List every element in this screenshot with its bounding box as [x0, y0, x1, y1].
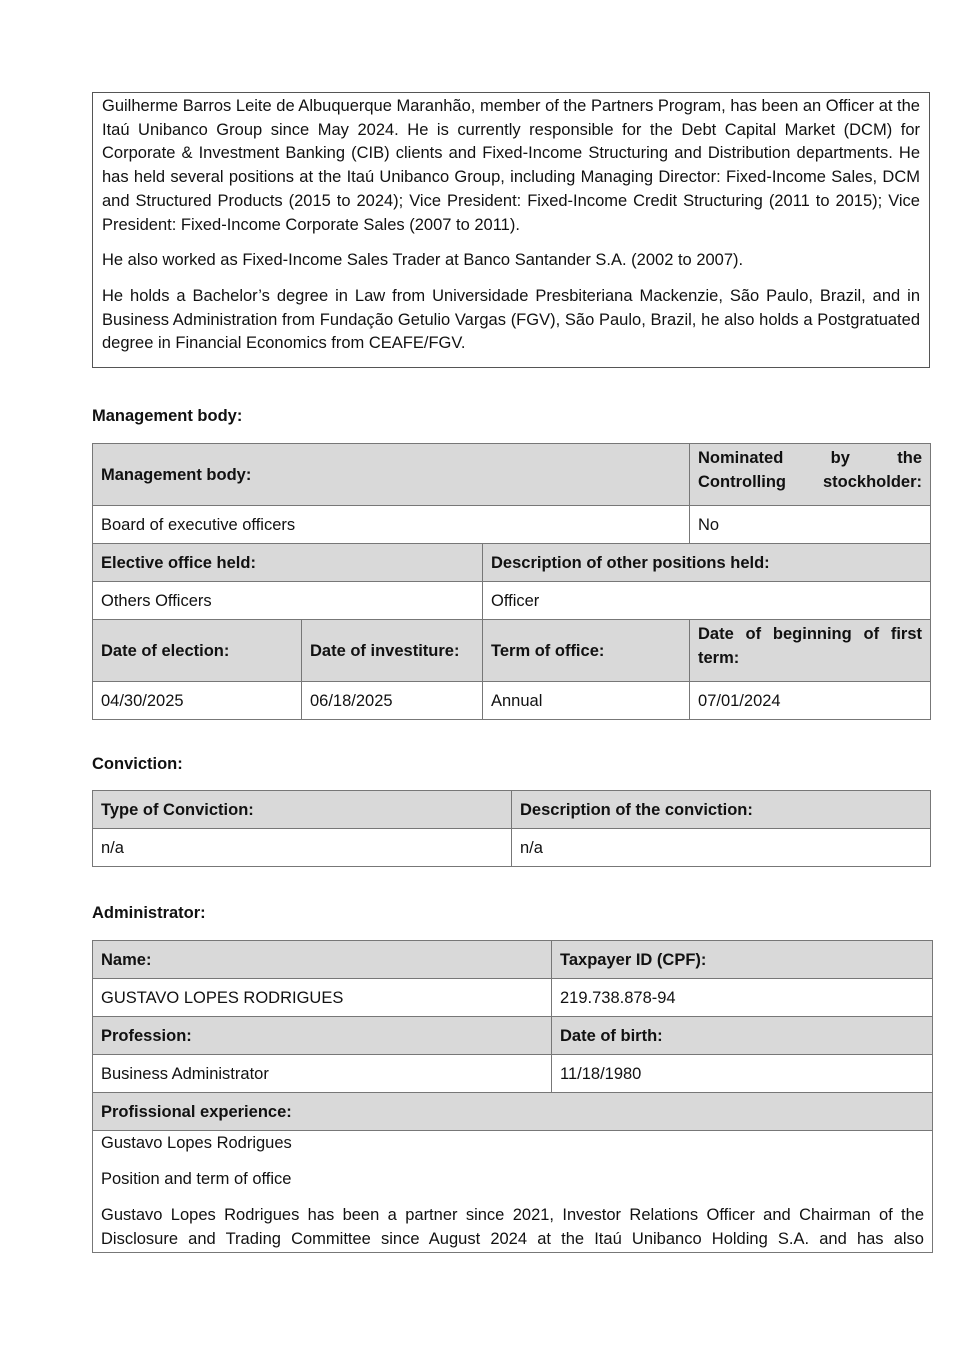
- experience-paragraph: Gustavo Lopes Rodrigues: [101, 1131, 924, 1155]
- birth-date-header: Date of birth:: [552, 1017, 933, 1055]
- conviction-type-value: n/a: [93, 829, 512, 867]
- bio-paragraph: Guilherme Barros Leite de Albuquerque Ma…: [102, 95, 920, 237]
- conviction-type-header: Type of Conviction:: [93, 791, 512, 829]
- experience-cell: Gustavo Lopes Rodrigues Position and ter…: [93, 1131, 933, 1253]
- cpf-value: 219.738.878-94: [552, 979, 933, 1017]
- name-header: Name:: [93, 941, 552, 979]
- elective-office-value: Others Officers: [93, 582, 483, 620]
- profession-header: Profession:: [93, 1017, 552, 1055]
- experience-header: Profissional experience:: [93, 1093, 933, 1131]
- profession-value: Business Administrator: [93, 1055, 552, 1093]
- conviction-section-title: Conviction:: [92, 755, 183, 774]
- bio-paragraph: He also worked as Fixed-Income Sales Tra…: [102, 249, 920, 273]
- bio-paragraph: He holds a Bachelor’s degree in Law from…: [102, 285, 920, 356]
- first-term-header: Date of beginning of first term:: [690, 620, 931, 682]
- nominated-value: No: [690, 506, 931, 544]
- experience-paragraph: Gustavo Lopes Rodrigues has been a partn…: [101, 1203, 924, 1251]
- conviction-description-value: n/a: [512, 829, 931, 867]
- name-value: GUSTAVO LOPES RODRIGUES: [93, 979, 552, 1017]
- term-header: Term of office:: [483, 620, 690, 682]
- elective-office-header: Elective office held:: [93, 544, 483, 582]
- birth-date-value: 11/18/1980: [552, 1055, 933, 1093]
- conviction-description-header: Description of the conviction:: [512, 791, 931, 829]
- management-table: Management body: Nominated by the Contro…: [92, 443, 931, 720]
- conviction-table: Type of Conviction: Description of the c…: [92, 790, 931, 867]
- investiture-date-value: 06/18/2025: [302, 682, 483, 720]
- management-body-header: Management body:: [93, 444, 690, 506]
- election-date-value: 04/30/2025: [93, 682, 302, 720]
- term-value: Annual: [483, 682, 690, 720]
- experience-paragraph: Position and term of office: [101, 1167, 924, 1191]
- officer-bio-box: Guilherme Barros Leite de Albuquerque Ma…: [92, 92, 930, 368]
- cpf-header: Taxpayer ID (CPF):: [552, 941, 933, 979]
- management-section-title: Management body:: [92, 407, 242, 426]
- nominated-header: Nominated by the Controlling stockholder…: [690, 444, 931, 506]
- first-term-value: 07/01/2024: [690, 682, 931, 720]
- management-body-value: Board of executive officers: [93, 506, 690, 544]
- administrator-section-title: Administrator:: [92, 904, 206, 923]
- administrator-table: Name: Taxpayer ID (CPF): GUSTAVO LOPES R…: [92, 940, 933, 1253]
- investiture-date-header: Date of investiture:: [302, 620, 483, 682]
- other-positions-header: Description of other positions held:: [483, 544, 931, 582]
- election-date-header: Date of election:: [93, 620, 302, 682]
- other-positions-value: Officer: [483, 582, 931, 620]
